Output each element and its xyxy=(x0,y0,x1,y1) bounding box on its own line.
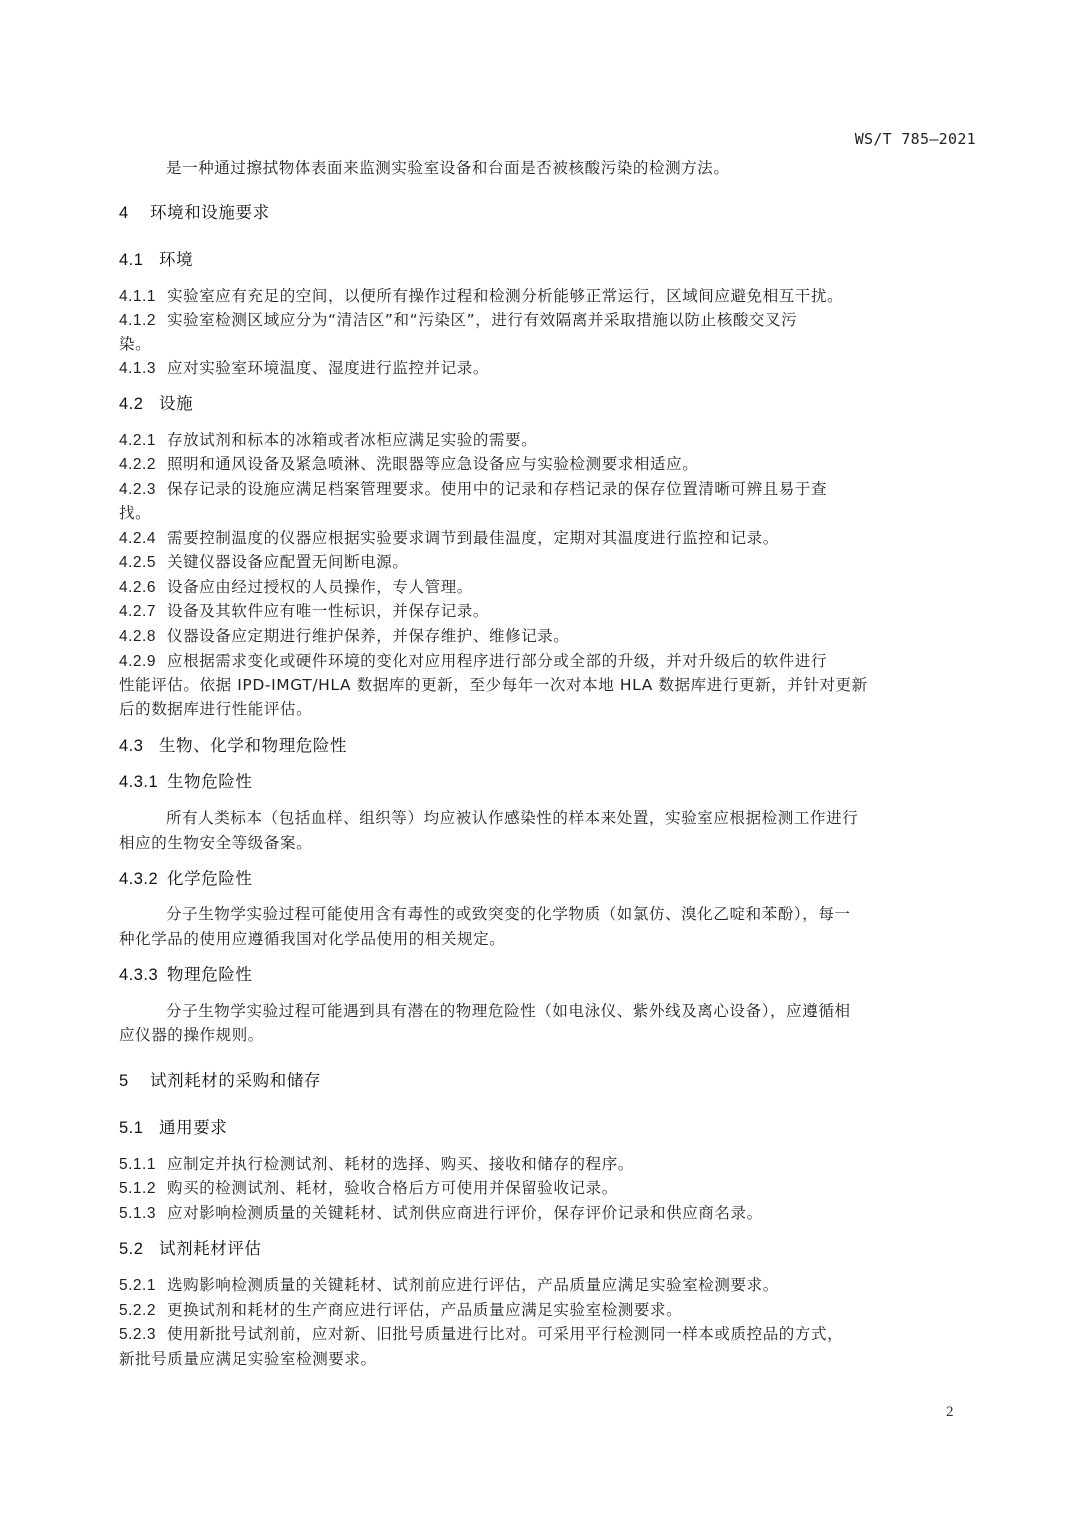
body-text-line: 后的数据库进行性能评估。 xyxy=(119,698,977,720)
body-text-line: 应仪器的操作规则。 xyxy=(119,1024,977,1046)
line-text: 找。 xyxy=(119,504,151,522)
document-page: WS/T 785—2021 是一种通过擦拭物体表面来监测实验室设备和台面是否被核… xyxy=(0,0,1080,1527)
clause-number: 5.1 xyxy=(119,1117,159,1139)
page-number: 2 xyxy=(946,1404,954,1421)
line-text: 试剂耗材评估 xyxy=(159,1239,262,1258)
line-text: 应对影响检测质量的关键耗材、试剂供应商进行评价，保存评价记录和供应商名录。 xyxy=(167,1204,763,1222)
line-text: 新批号质量应满足实验室检测要求。 xyxy=(119,1350,377,1368)
body-text-line: 染。 xyxy=(119,333,977,355)
line-text: 存放试剂和标本的冰箱或者冰柜应满足实验的需要。 xyxy=(167,431,537,449)
clause-line: 4.2.2照明和通风设备及紧急喷淋、洗眼器等应急设备应与实验检测要求相适应。 xyxy=(119,453,977,476)
line-text: 应对实验室环境温度、湿度进行监控并记录。 xyxy=(167,359,489,377)
clause-number: 4.2.6 xyxy=(119,577,167,599)
body-text-line: 分子生物学实验过程可能使用含有毒性的或致突变的化学物质（如氯仿、溴化乙啶和苯酚）… xyxy=(166,903,1024,925)
line-text: 照明和通风设备及紧急喷淋、洗眼器等应急设备应与实验检测要求相适应。 xyxy=(167,455,698,473)
clause-number: 5.2.2 xyxy=(119,1300,167,1322)
body-text-line: 找。 xyxy=(119,502,977,524)
clause-number: 4 xyxy=(119,202,150,224)
clause-line: 5.2.1选购影响检测质量的关键耗材、试剂前应进行评估，产品质量应满足实验室检测… xyxy=(119,1274,977,1297)
clause-number: 5.2 xyxy=(119,1238,159,1260)
line-text: 选购影响检测质量的关键耗材、试剂前应进行评估，产品质量应满足实验室检测要求。 xyxy=(167,1276,779,1294)
line-text: 关键仪器设备应配置无间断电源。 xyxy=(167,553,409,571)
clause-number: 5.2.1 xyxy=(119,1275,167,1297)
clause-line: 4.2.4需要控制温度的仪器应根据实验要求调节到最佳温度，定期对其温度进行监控和… xyxy=(119,527,977,550)
clause-number: 4.2.4 xyxy=(119,528,167,550)
clause-number: 4.3.1 xyxy=(119,771,167,793)
line-text: 种化学品的使用应遵循我国对化学品使用的相关规定。 xyxy=(119,930,505,948)
body-text-line: 相应的生物安全等级备案。 xyxy=(119,832,977,854)
line-text: 保存记录的设施应满足档案管理要求。使用中的记录和存档记录的保存位置清晰可辨且易于… xyxy=(167,480,827,498)
body-text-line: 是一种通过擦拭物体表面来监测实验室设备和台面是否被核酸污染的检测方法。 xyxy=(166,157,1024,179)
clause-number: 4.2.2 xyxy=(119,454,167,476)
clause-number: 4.2.5 xyxy=(119,552,167,574)
clause-line: 4.2.9应根据需求变化或硬件环境的变化对应用程序进行部分或全部的升级，并对升级… xyxy=(119,650,977,673)
line-text: 应根据需求变化或硬件环境的变化对应用程序进行部分或全部的升级，并对升级后的软件进… xyxy=(167,652,827,670)
clause-line: 4.2.5关键仪器设备应配置无间断电源。 xyxy=(119,551,977,574)
line-text: 分子生物学实验过程可能使用含有毒性的或致突变的化学物质（如氯仿、溴化乙啶和苯酚）… xyxy=(166,905,851,923)
section-heading: 4.1环境 xyxy=(119,249,977,271)
clause-number: 4.1.1 xyxy=(119,286,167,308)
clause-line: 4.2.1存放试剂和标本的冰箱或者冰柜应满足实验的需要。 xyxy=(119,429,977,452)
section-heading: 5.1通用要求 xyxy=(119,1117,977,1139)
clause-number: 4.2.9 xyxy=(119,651,167,673)
body-text-line: 所有人类标本（包括血样、组织等）均应被认作感染性的样本来处置，实验室应根据检测工… xyxy=(166,807,1024,829)
clause-line: 4.1.3应对实验室环境温度、湿度进行监控并记录。 xyxy=(119,357,977,380)
clause-line: 5.1.2购买的检测试剂、耗材，验收合格后方可使用并保留验收记录。 xyxy=(119,1177,977,1200)
line-text: 需要控制温度的仪器应根据实验要求调节到最佳温度，定期对其温度进行监控和记录。 xyxy=(167,529,779,547)
line-text: 实验室应有充足的空间，以便所有操作过程和检测分析能够正常运行，区域间应避免相互干… xyxy=(167,287,843,305)
body-text-line: 新批号质量应满足实验室检测要求。 xyxy=(119,1348,977,1370)
clause-number: 5.1.1 xyxy=(119,1154,167,1176)
line-text: 生物、化学和物理危险性 xyxy=(159,736,347,755)
clause-line: 4.2.3保存记录的设施应满足档案管理要求。使用中的记录和存档记录的保存位置清晰… xyxy=(119,478,977,501)
clause-number: 4.3 xyxy=(119,735,159,757)
clause-number: 4.2.1 xyxy=(119,430,167,452)
clause-line: 4.1.1实验室应有充足的空间，以便所有操作过程和检测分析能够正常运行，区域间应… xyxy=(119,285,977,308)
line-text: 设施 xyxy=(159,394,193,413)
standard-code: WS/T 785—2021 xyxy=(855,130,976,148)
line-text: 更换试剂和耗材的生产商应进行评估，产品质量应满足实验室检测要求。 xyxy=(167,1301,682,1319)
line-text: 购买的检测试剂、耗材，验收合格后方可使用并保留验收记录。 xyxy=(167,1179,618,1197)
line-text: 应制定并执行检测试剂、耗材的选择、购买、接收和储存的程序。 xyxy=(167,1155,634,1173)
clause-number: 4.2 xyxy=(119,393,159,415)
clause-line: 4.2.8仪器设备应定期进行维护保养，并保存维护、维修记录。 xyxy=(119,625,977,648)
line-text: 设备应由经过授权的人员操作，专人管理。 xyxy=(167,578,473,596)
line-text: 使用新批号试剂前，应对新、旧批号质量进行比对。可采用平行检测同一样本或质控品的方… xyxy=(167,1325,843,1343)
line-text: 后的数据库进行性能评估。 xyxy=(119,700,312,718)
line-text: 环境 xyxy=(159,250,193,269)
chapter-heading: 4环境和设施要求 xyxy=(119,202,977,224)
clause-number: 5.2.3 xyxy=(119,1324,167,1346)
line-text: 性能评估。依据 IPD-IMGT/HLA 数据库的更新，至少每年一次对本地 HL… xyxy=(119,676,868,694)
line-text: 应仪器的操作规则。 xyxy=(119,1026,264,1044)
line-text: 试剂耗材的采购和储存 xyxy=(150,1071,321,1090)
line-text: 实验室检测区域应分为“清洁区”和“污染区”，进行有效隔离并采取措施以防止核酸交叉… xyxy=(167,311,797,329)
clause-line: 4.1.2实验室检测区域应分为“清洁区”和“污染区”，进行有效隔离并采取措施以防… xyxy=(119,309,977,332)
line-text: 仪器设备应定期进行维护保养，并保存维护、维修记录。 xyxy=(167,627,570,645)
line-text: 相应的生物安全等级备案。 xyxy=(119,834,312,852)
section-heading: 4.3生物、化学和物理危险性 xyxy=(119,735,977,757)
clause-number: 5.1.2 xyxy=(119,1178,167,1200)
clause-line: 5.2.2更换试剂和耗材的生产商应进行评估，产品质量应满足实验室检测要求。 xyxy=(119,1299,977,1322)
section-heading: 4.2设施 xyxy=(119,393,977,415)
body-text-line: 性能评估。依据 IPD-IMGT/HLA 数据库的更新，至少每年一次对本地 HL… xyxy=(119,674,977,696)
line-text: 是一种通过擦拭物体表面来监测实验室设备和台面是否被核酸污染的检测方法。 xyxy=(166,159,730,177)
line-text: 环境和设施要求 xyxy=(150,203,270,222)
clause-number: 4.3.3 xyxy=(119,964,167,986)
clause-number: 5.1.3 xyxy=(119,1203,167,1225)
subsection-heading: 4.3.1生物危险性 xyxy=(119,771,977,793)
line-text: 所有人类标本（包括血样、组织等）均应被认作感染性的样本来处置，实验室应根据检测工… xyxy=(166,809,858,827)
clause-number: 4.2.3 xyxy=(119,479,167,501)
subsection-heading: 4.3.3物理危险性 xyxy=(119,964,977,986)
line-text: 通用要求 xyxy=(159,1118,227,1137)
clause-line: 5.1.1应制定并执行检测试剂、耗材的选择、购买、接收和储存的程序。 xyxy=(119,1153,977,1176)
chapter-heading: 5试剂耗材的采购和储存 xyxy=(119,1070,977,1092)
line-text: 设备及其软件应有唯一性标识，并保存记录。 xyxy=(167,602,489,620)
line-text: 染。 xyxy=(119,335,151,353)
clause-number: 4.1.2 xyxy=(119,310,167,332)
clause-number: 4.2.7 xyxy=(119,601,167,623)
clause-number: 4.1.3 xyxy=(119,358,167,380)
clause-line: 5.2.3使用新批号试剂前，应对新、旧批号质量进行比对。可采用平行检测同一样本或… xyxy=(119,1323,977,1346)
body-text-line: 分子生物学实验过程可能遇到具有潜在的物理危险性（如电泳仪、紫外线及离心设备），应… xyxy=(166,1000,1024,1022)
clause-line: 4.2.7设备及其软件应有唯一性标识，并保存记录。 xyxy=(119,600,977,623)
clause-line: 5.1.3应对影响检测质量的关键耗材、试剂供应商进行评价，保存评价记录和供应商名… xyxy=(119,1202,977,1225)
line-text: 分子生物学实验过程可能遇到具有潜在的物理危险性（如电泳仪、紫外线及离心设备），应… xyxy=(166,1002,851,1020)
subsection-heading: 4.3.2化学危险性 xyxy=(119,868,977,890)
clause-line: 4.2.6设备应由经过授权的人员操作，专人管理。 xyxy=(119,576,977,599)
clause-number: 5 xyxy=(119,1070,150,1092)
line-text: 生物危险性 xyxy=(167,772,253,791)
section-heading: 5.2试剂耗材评估 xyxy=(119,1238,977,1260)
clause-number: 4.1 xyxy=(119,249,159,271)
clause-number: 4.3.2 xyxy=(119,868,167,890)
line-text: 物理危险性 xyxy=(167,965,253,984)
clause-number: 4.2.8 xyxy=(119,626,167,648)
body-text-line: 种化学品的使用应遵循我国对化学品使用的相关规定。 xyxy=(119,928,977,950)
line-text: 化学危险性 xyxy=(167,869,253,888)
